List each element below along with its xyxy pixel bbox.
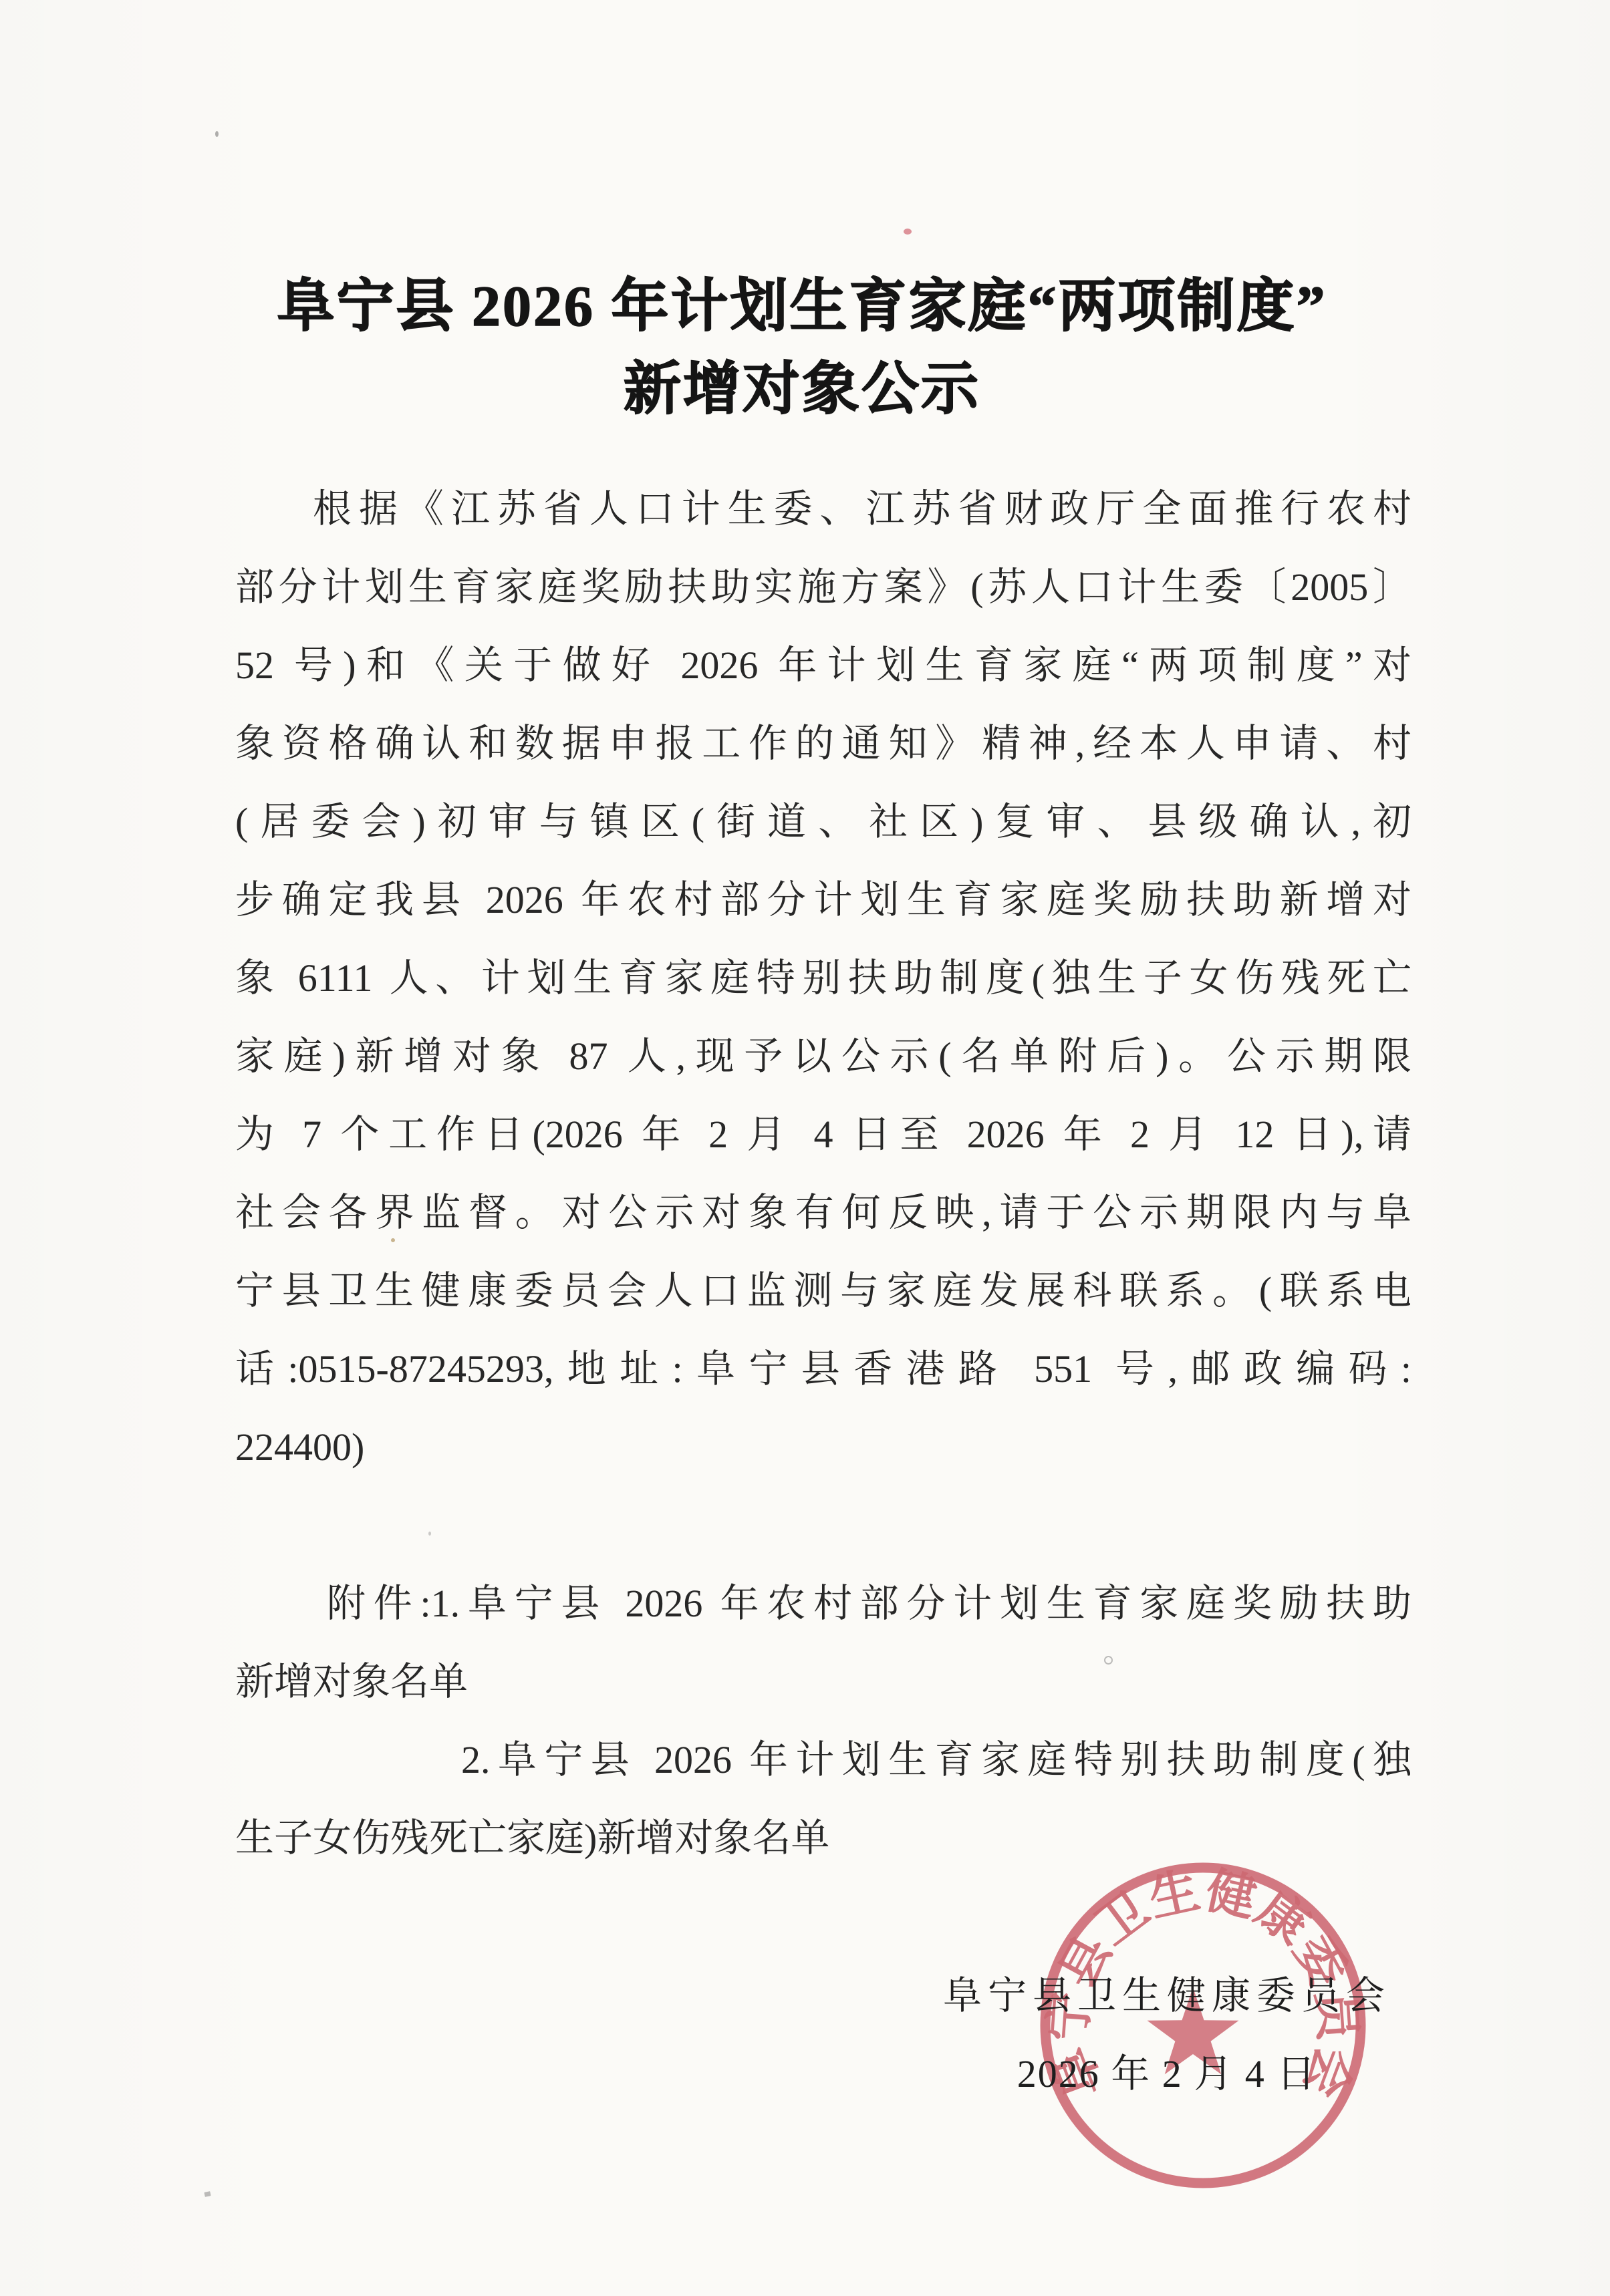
attachment-line: 新增对象名单 (235, 1642, 1412, 1721)
title-line-2: 新增对象公示 (200, 347, 1403, 430)
body-line: 步确定我县 2026 年农村部分计划生育家庭奖励扶助新增对 (235, 861, 1412, 939)
scan-speck (428, 1532, 431, 1536)
body-line: 象资格确认和数据申报工作的通知》精神,经本人申请、村 (235, 704, 1412, 782)
signature-organization: 阜宁县卫生健康委员会 (900, 1957, 1434, 2035)
document-body: 根据《江苏省人口计生委、江苏省财政厅全面推行农村 部分计划生育家庭奖励扶助实施方… (235, 470, 1412, 1877)
body-line: 象 6111 人、计划生育家庭特别扶助制度(独生子女伤残死亡 (235, 939, 1412, 1017)
scan-speck (204, 2191, 211, 2197)
scan-speck (215, 131, 219, 137)
signature-block: 阜宁县卫生健康委员会 2026 年 2 月 4 日 (900, 1957, 1434, 2113)
title-line-1: 阜宁县 2026 年计划生育家庭“两项制度” (200, 265, 1403, 347)
body-line: 家庭)新增对象 87 人,现予以公示(名单附后)。公示期限 (235, 1017, 1412, 1095)
scanned-notice-page: 阜宁县 2026 年计划生育家庭“两项制度” 新增对象公示 根据《江苏省人口计生… (0, 0, 1610, 2296)
body-line: 224400) (235, 1408, 1412, 1486)
document-title: 阜宁县 2026 年计划生育家庭“两项制度” 新增对象公示 (200, 265, 1403, 430)
signature-date: 2026 年 2 月 4 日 (900, 2035, 1434, 2113)
attachment-line: 附件:1.阜宁县 2026 年农村部分计划生育家庭奖励扶助 (235, 1564, 1412, 1642)
attachment-line: 2.阜宁县 2026 年计划生育家庭特别扶助制度(独 (235, 1721, 1412, 1799)
scan-speck (1000, 281, 1003, 284)
scan-speck (391, 1238, 395, 1242)
body-line: 52 号)和《关于做好 2026 年计划生育家庭“两项制度”对 (235, 626, 1412, 704)
body-line: 部分计划生育家庭奖励扶助实施方案》(苏人口计生委〔2005〕 (235, 548, 1412, 626)
body-line: 根据《江苏省人口计生委、江苏省财政厅全面推行农村 (235, 470, 1412, 548)
body-line: 为 7 个工作日(2026 年 2 月 4 日至 2026 年 2 月 12 日… (235, 1095, 1412, 1173)
body-line: (居委会)初审与镇区(街道、社区)复审、县级确认,初 (235, 782, 1412, 861)
body-line: 宁县卫生健康委员会人口监测与家庭发展科联系。(联系电 (235, 1252, 1412, 1330)
scan-speck (1104, 1656, 1113, 1665)
body-line: 社会各界监督。对公示对象有何反映,请于公示期限内与阜 (235, 1173, 1412, 1252)
scan-speck (904, 229, 912, 235)
blank-line (235, 1486, 1412, 1564)
body-line: 话:0515-87245293,地址:阜宁县香港路 551 号,邮政编码: (235, 1330, 1412, 1408)
